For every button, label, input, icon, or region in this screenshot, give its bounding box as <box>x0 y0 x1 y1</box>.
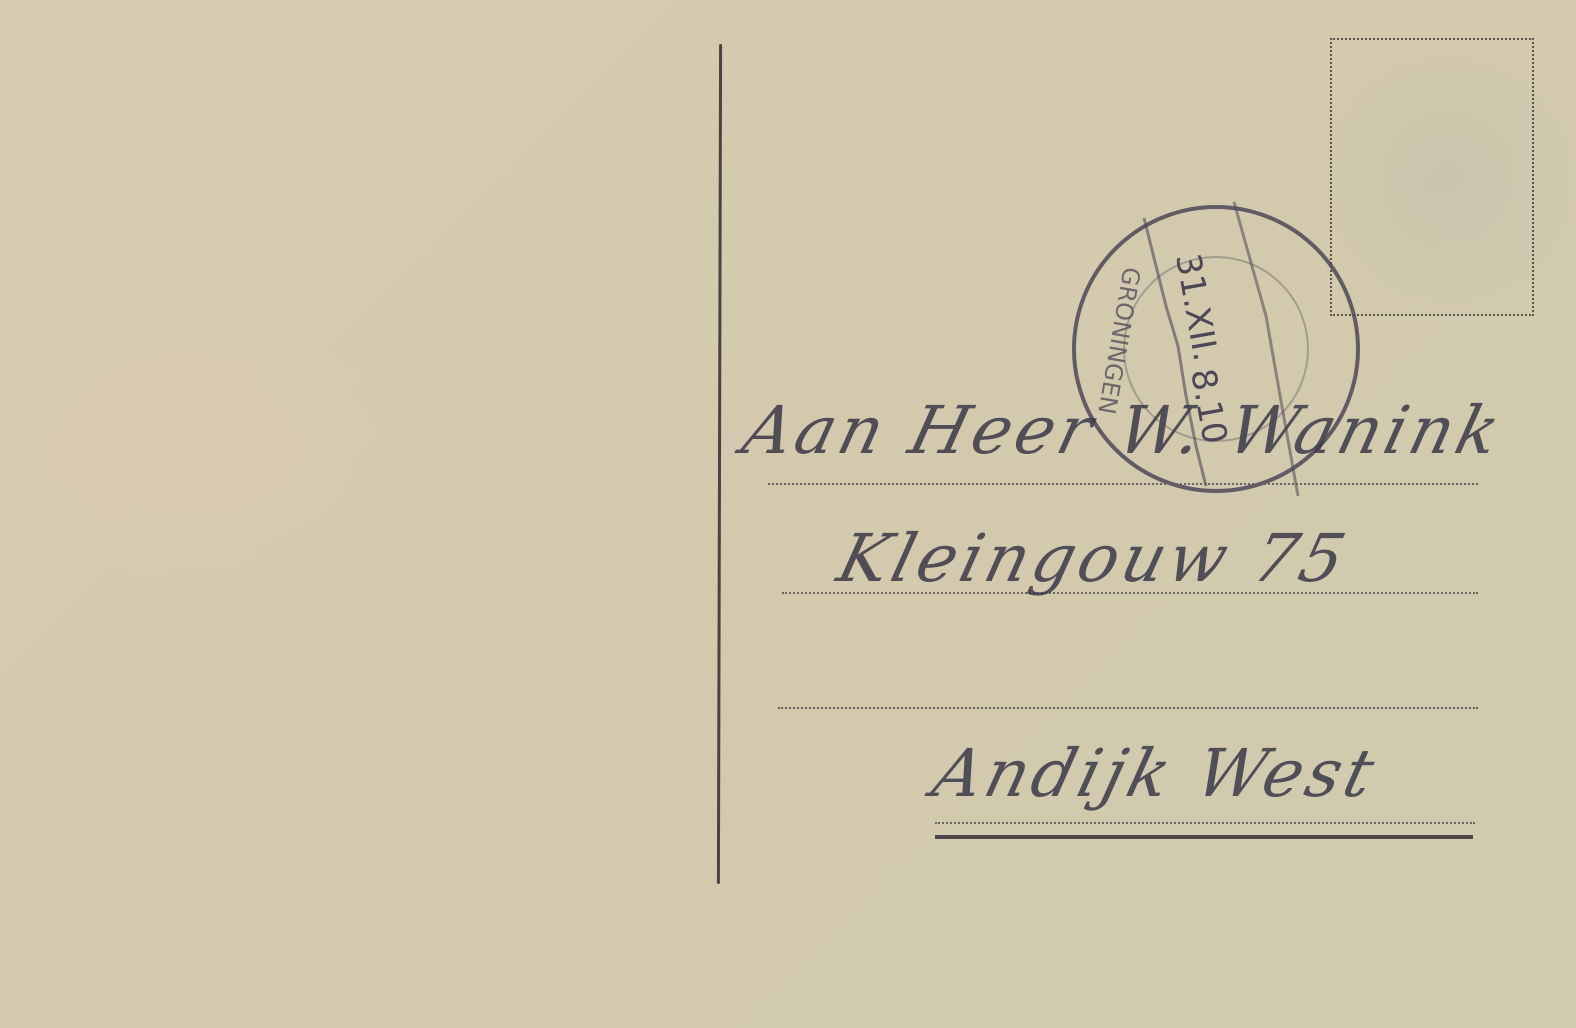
address-underline <box>935 835 1473 839</box>
address-recipient: Aan Heer W. Wanink <box>735 392 1511 469</box>
address-line-4 <box>935 822 1475 824</box>
postmark-date: 31.XII. <box>1167 251 1225 365</box>
address-street: Kleingouw 75 <box>830 520 1356 597</box>
message-address-divider <box>717 44 722 884</box>
address-town: Andijk West <box>925 735 1385 812</box>
address-line-3 <box>778 707 1478 709</box>
stamp-box-label: stamp area (empty, dotted border) <box>1332 160 1532 188</box>
postcard-back: stamp area (empty, dotted border) 31.XII… <box>0 0 1576 1028</box>
address-line-1 <box>768 483 1478 485</box>
